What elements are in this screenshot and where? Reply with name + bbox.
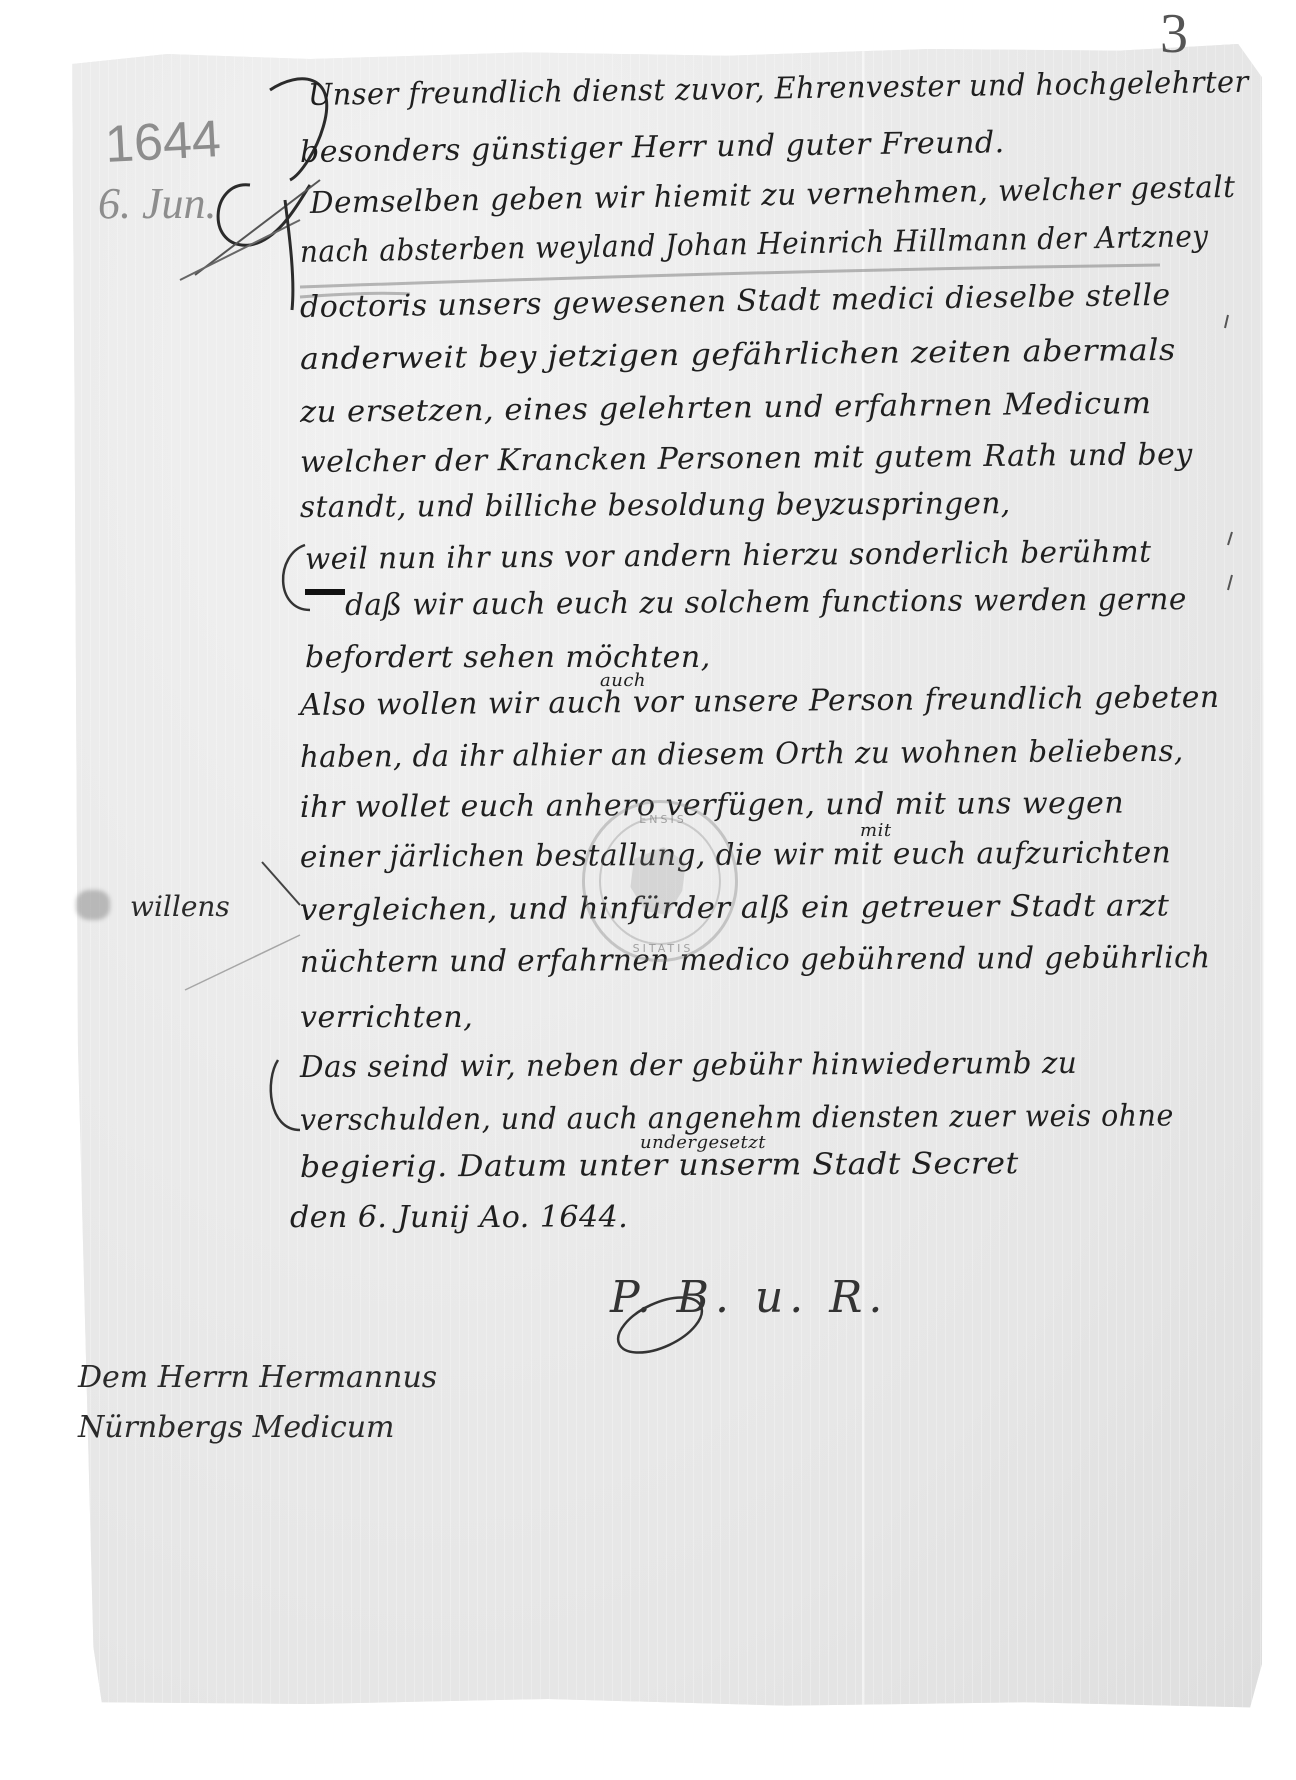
- body-line: weil nun ihr uns vor andern hierzu sonde…: [305, 535, 1152, 577]
- seal-top-text: ENSIS: [585, 813, 741, 826]
- body-line: befordert sehen möchten,: [305, 640, 711, 675]
- address-line-1: Dem Herrn Hermannus: [78, 1360, 437, 1395]
- seal-bottom-text: SITATIS: [585, 942, 741, 955]
- body-line: daß wir auch euch zu solchem functions w…: [345, 582, 1187, 623]
- margin-smudge: [76, 890, 110, 920]
- body-line: Das seind wir, neben der gebühr hinwiede…: [300, 1046, 1077, 1085]
- archival-year-note: 1644: [104, 109, 223, 175]
- body-line: verrichten,: [300, 1000, 473, 1035]
- body-line: haben, da ihr alhier an diesem Orth zu w…: [300, 734, 1184, 775]
- body-line: nüchtern und erfahrnen medico gebührend …: [300, 940, 1211, 980]
- library-seal-stamp: ENSIS SITATIS: [582, 800, 738, 962]
- body-line: begierig. Datum unter unserm Stadt Secre…: [300, 1146, 1019, 1185]
- body-line: standt, und billiche besoldung beyzuspri…: [300, 486, 1011, 525]
- signature: P. B. u. R.: [610, 1272, 888, 1323]
- page-number: 3: [1160, 2, 1188, 66]
- date-line: den 6. Junij Ao. 1644.: [290, 1200, 628, 1235]
- archival-date-note: 6. Jun.: [98, 178, 217, 229]
- margin-note: willens: [130, 890, 230, 923]
- address-line-2: Nürnbergs Medicum: [78, 1410, 395, 1445]
